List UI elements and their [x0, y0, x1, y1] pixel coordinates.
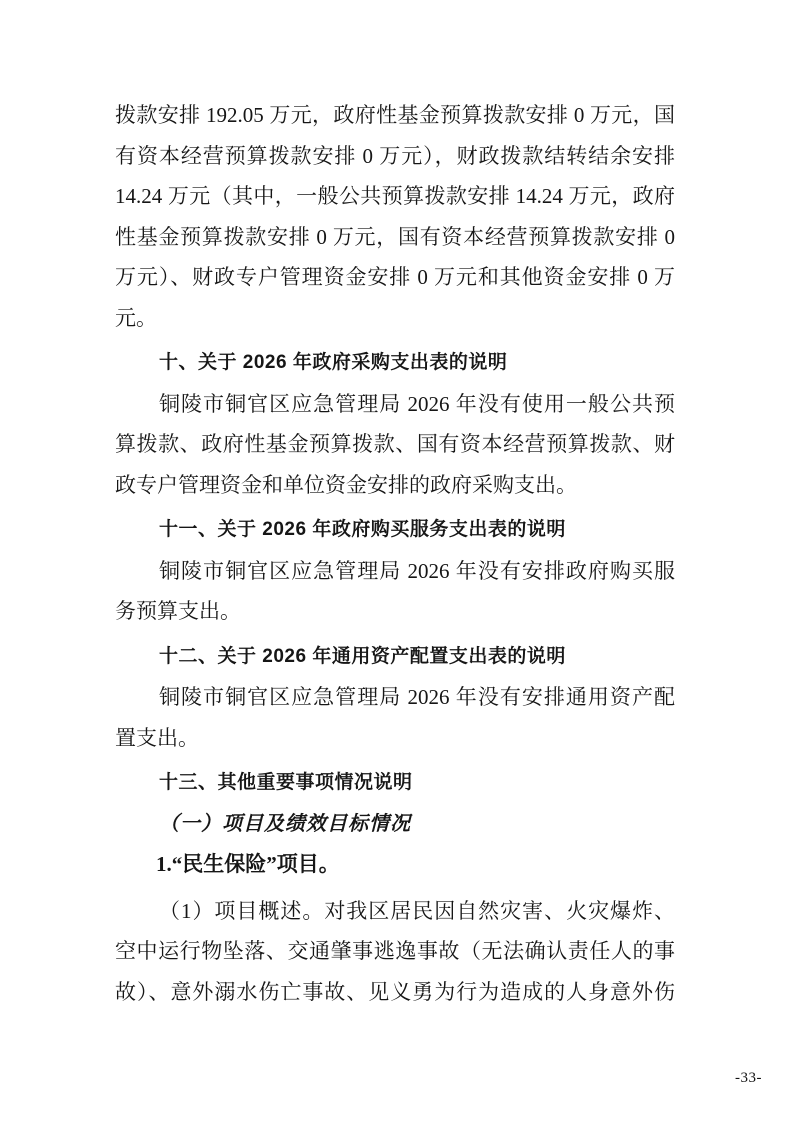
paragraph-general-asset-allocation: 铜陵市铜官区应急管理局 2026 年没有安排通用资产配 置支出。: [115, 677, 675, 758]
text-line: 铜陵市铜官区应急管理局 2026 年没有安排通用资产配: [115, 677, 675, 718]
subheading-minsheng-insurance-project: 1.“民生保险”项目。: [115, 844, 675, 885]
paragraph-project-overview: （1）项目概述。对我区居民因自然灾害、火灾爆炸、 空中运行物坠落、交通肇事逃逸事…: [115, 891, 675, 1013]
page-number: -33-: [735, 1068, 762, 1088]
text-line: 空中运行物坠落、交通肇事逃逸事故（无法确认责任人的事: [115, 931, 675, 972]
subheading-project-performance-targets: （一）项目及绩效目标情况: [115, 804, 675, 845]
paragraph-gov-procurement: 铜陵市铜官区应急管理局 2026 年没有使用一般公共预 算拨款、政府性基金预算拨…: [115, 384, 675, 506]
carryover-paragraph: 拨款安排 192.05 万元，政府性基金预算拨款安排 0 万元，国 有资本经营预…: [115, 95, 675, 338]
text-column: 拨款安排 192.05 万元，政府性基金预算拨款安排 0 万元，国 有资本经营预…: [115, 95, 675, 1012]
section-heading-gov-procurement: 十、关于 2026 年政府采购支出表的说明: [115, 343, 675, 384]
text-line: （1）项目概述。对我区居民因自然灾害、火灾爆炸、: [115, 891, 675, 932]
text-line: 拨款安排 192.05 万元，政府性基金预算拨款安排 0 万元，国: [115, 95, 675, 136]
text-line: 铜陵市铜官区应急管理局 2026 年没有使用一般公共预: [115, 384, 675, 425]
text-line: 置支出。: [115, 718, 675, 759]
text-line: 性基金预算拨款安排 0 万元，国有资本经营预算拨款安排 0: [115, 217, 675, 258]
section-heading-general-asset-allocation: 十二、关于 2026 年通用资产配置支出表的说明: [115, 637, 675, 678]
text-line: 有资本经营预算拨款安排 0 万元），财政拨款结转结余安排: [115, 136, 675, 177]
text-line: 故）、意外溺水伤亡事故、见义勇为行为造成的人身意外伤: [115, 972, 675, 1013]
section-heading-other-important-matters: 十三、其他重要事项情况说明: [115, 763, 675, 804]
text-line: 元。: [115, 298, 675, 339]
text-line: 算拨款、政府性基金预算拨款、国有资本经营预算拨款、财: [115, 424, 675, 465]
paragraph-gov-purchased-services: 铜陵市铜官区应急管理局 2026 年没有安排政府购买服 务预算支出。: [115, 551, 675, 632]
text-line: 务预算支出。: [115, 591, 675, 632]
text-line: 铜陵市铜官区应急管理局 2026 年没有安排政府购买服: [115, 551, 675, 592]
text-line: 政专户管理资金和单位资金安排的政府采购支出。: [115, 465, 675, 506]
text-line: 14.24 万元（其中，一般公共预算拨款安排 14.24 万元，政府: [115, 176, 675, 217]
text-line: 万元）、财政专户管理资金安排 0 万元和其他资金安排 0 万: [115, 257, 675, 298]
document-page: 拨款安排 192.05 万元，政府性基金预算拨款安排 0 万元，国 有资本经营预…: [0, 0, 793, 1122]
section-heading-gov-purchased-services: 十一、关于 2026 年政府购买服务支出表的说明: [115, 510, 675, 551]
